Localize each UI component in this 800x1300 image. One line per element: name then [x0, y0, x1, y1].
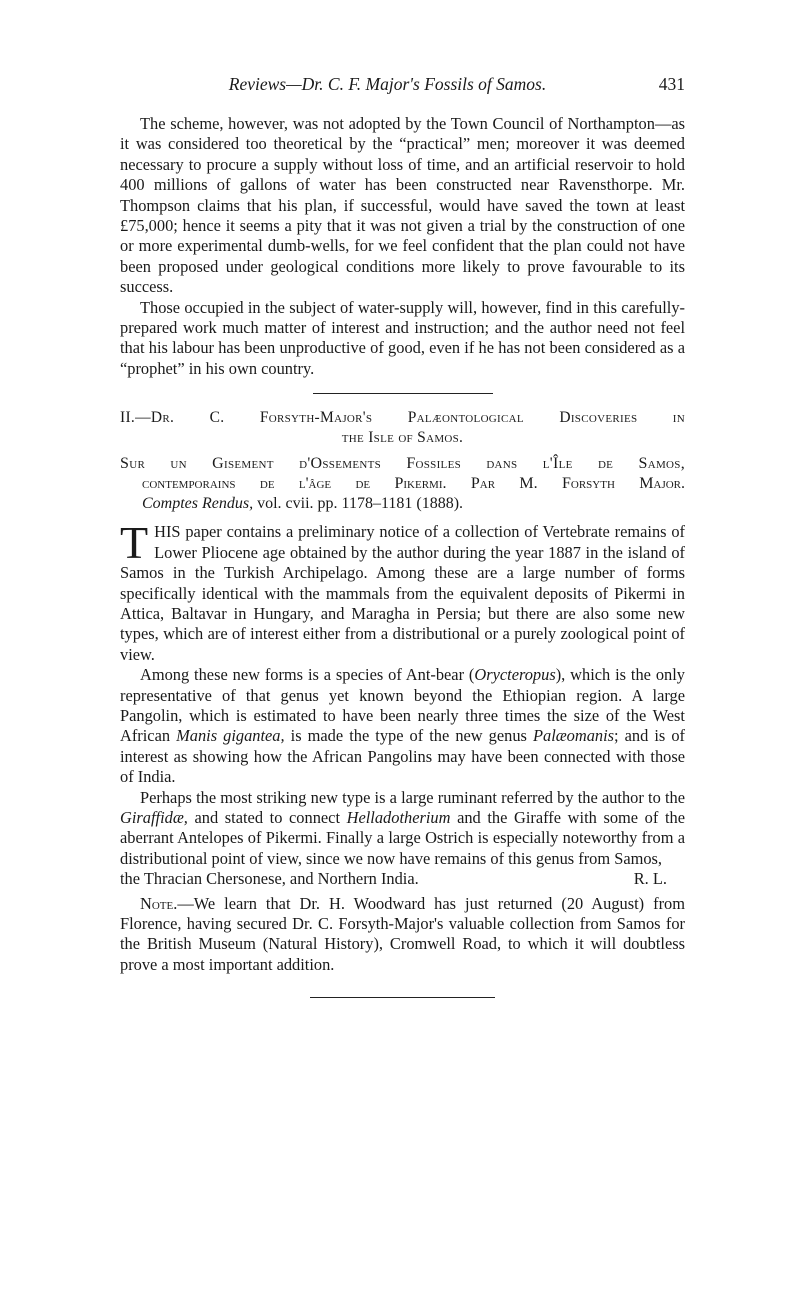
- note-paragraph: Note.—We learn that Dr. H. Woodward has …: [120, 894, 685, 976]
- taxon-name: Helladotherium: [347, 808, 451, 827]
- text: is made the type of the new genus: [285, 726, 533, 745]
- taxon-name: Giraffidæ,: [120, 808, 188, 827]
- running-title: Reviews—Dr. C. F. Major's Fossils of Sam…: [120, 74, 685, 95]
- paragraph: Among these new forms is a species of An…: [120, 665, 685, 787]
- document-page: Reviews—Dr. C. F. Major's Fossils of Sam…: [120, 70, 685, 998]
- text: Perhaps the most striking new type is a …: [140, 788, 685, 807]
- note-text: —We learn that Dr. H. Woodward has just …: [120, 894, 685, 974]
- citation-source: Comptes Rendus, vol. cvii. pp. 1178–1181…: [142, 494, 685, 514]
- citation-title: Sur un Gisement d'Ossements Fossiles dan…: [120, 454, 685, 474]
- text: Among these new forms is a species of An…: [140, 665, 474, 684]
- text: and stated to connect: [188, 808, 347, 827]
- taxon-name: Manis gigantea,: [176, 726, 285, 745]
- citation-details: vol. cvii. pp. 1178–1181 (1888).: [253, 495, 463, 512]
- section-divider: [313, 393, 493, 394]
- end-divider: [310, 997, 495, 998]
- taxon-name: Orycteropus: [474, 665, 555, 684]
- paragraph: The scheme, however, was not adopted by …: [120, 114, 685, 298]
- reviewer-signature: R. L.: [634, 869, 685, 889]
- article-heading: II.—Dr. C. Forsyth-Major's Palæontologic…: [120, 408, 685, 428]
- drop-cap: T: [120, 524, 148, 562]
- note-label: Note.: [140, 894, 177, 913]
- citation-subtitle: contemporains de l'âge de Pikermi. Par M…: [142, 474, 685, 494]
- citation-author: Par M. Forsyth Major.: [471, 475, 685, 492]
- running-head: Reviews—Dr. C. F. Major's Fossils of Sam…: [120, 70, 685, 100]
- article-heading-continued: the Isle of Samos.: [120, 428, 685, 448]
- text: the Thracian Chersonese, and Northern In…: [120, 869, 419, 889]
- signature-line: the Thracian Chersonese, and Northern In…: [120, 869, 685, 889]
- paragraph: Those occupied in the subject of water-s…: [120, 298, 685, 380]
- journal-name: Comptes Rendus,: [142, 495, 253, 512]
- paragraph-text: HIS paper contains a preliminary notice …: [120, 522, 685, 663]
- paragraph: THIS paper contains a preliminary notice…: [120, 522, 685, 665]
- citation: Sur un Gisement d'Ossements Fossiles dan…: [120, 454, 685, 514]
- taxon-name: Palæomanis: [533, 726, 614, 745]
- citation-subtitle-text: contemporains de l'âge de Pikermi.: [142, 475, 447, 492]
- page-number: 431: [659, 74, 685, 95]
- paragraph: Perhaps the most striking new type is a …: [120, 788, 685, 870]
